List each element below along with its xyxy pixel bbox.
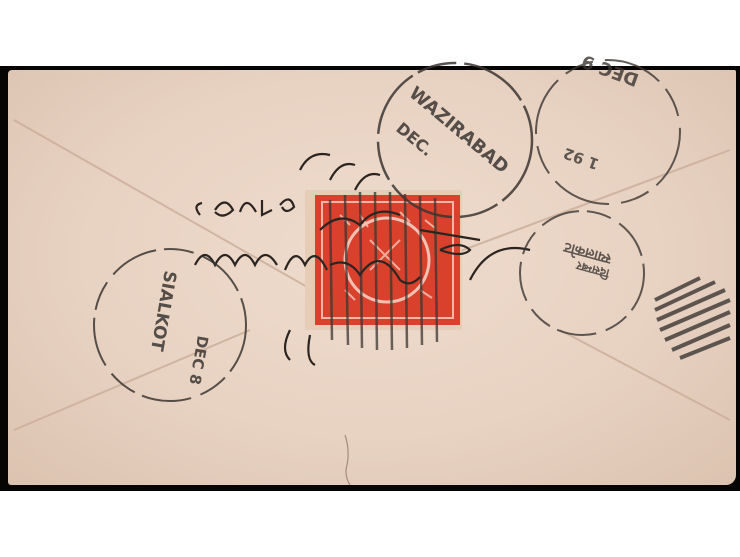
svg-text:DEC.: DEC. bbox=[392, 119, 436, 161]
duplex-bar-cancel bbox=[655, 278, 730, 358]
cover-artwork: WAZIRABAD DEC. DEC 9 1 92 SIALKOT DEC 8 … bbox=[0, 0, 740, 557]
postmark-sialkot: SIALKOT DEC 8 bbox=[94, 249, 246, 401]
postmark-right-native: स्यालकोट दिसम्बर bbox=[520, 211, 644, 335]
postmark-top-right: DEC 9 1 92 bbox=[536, 50, 680, 204]
svg-text:DEC 8: DEC 8 bbox=[185, 334, 211, 386]
svg-text:SIALKOT: SIALKOT bbox=[146, 269, 180, 353]
svg-text:DEC 9: DEC 9 bbox=[579, 50, 642, 90]
paper-tear bbox=[345, 435, 350, 485]
svg-text:WAZIRABAD: WAZIRABAD bbox=[405, 83, 513, 178]
svg-text:1 92: 1 92 bbox=[561, 144, 601, 173]
